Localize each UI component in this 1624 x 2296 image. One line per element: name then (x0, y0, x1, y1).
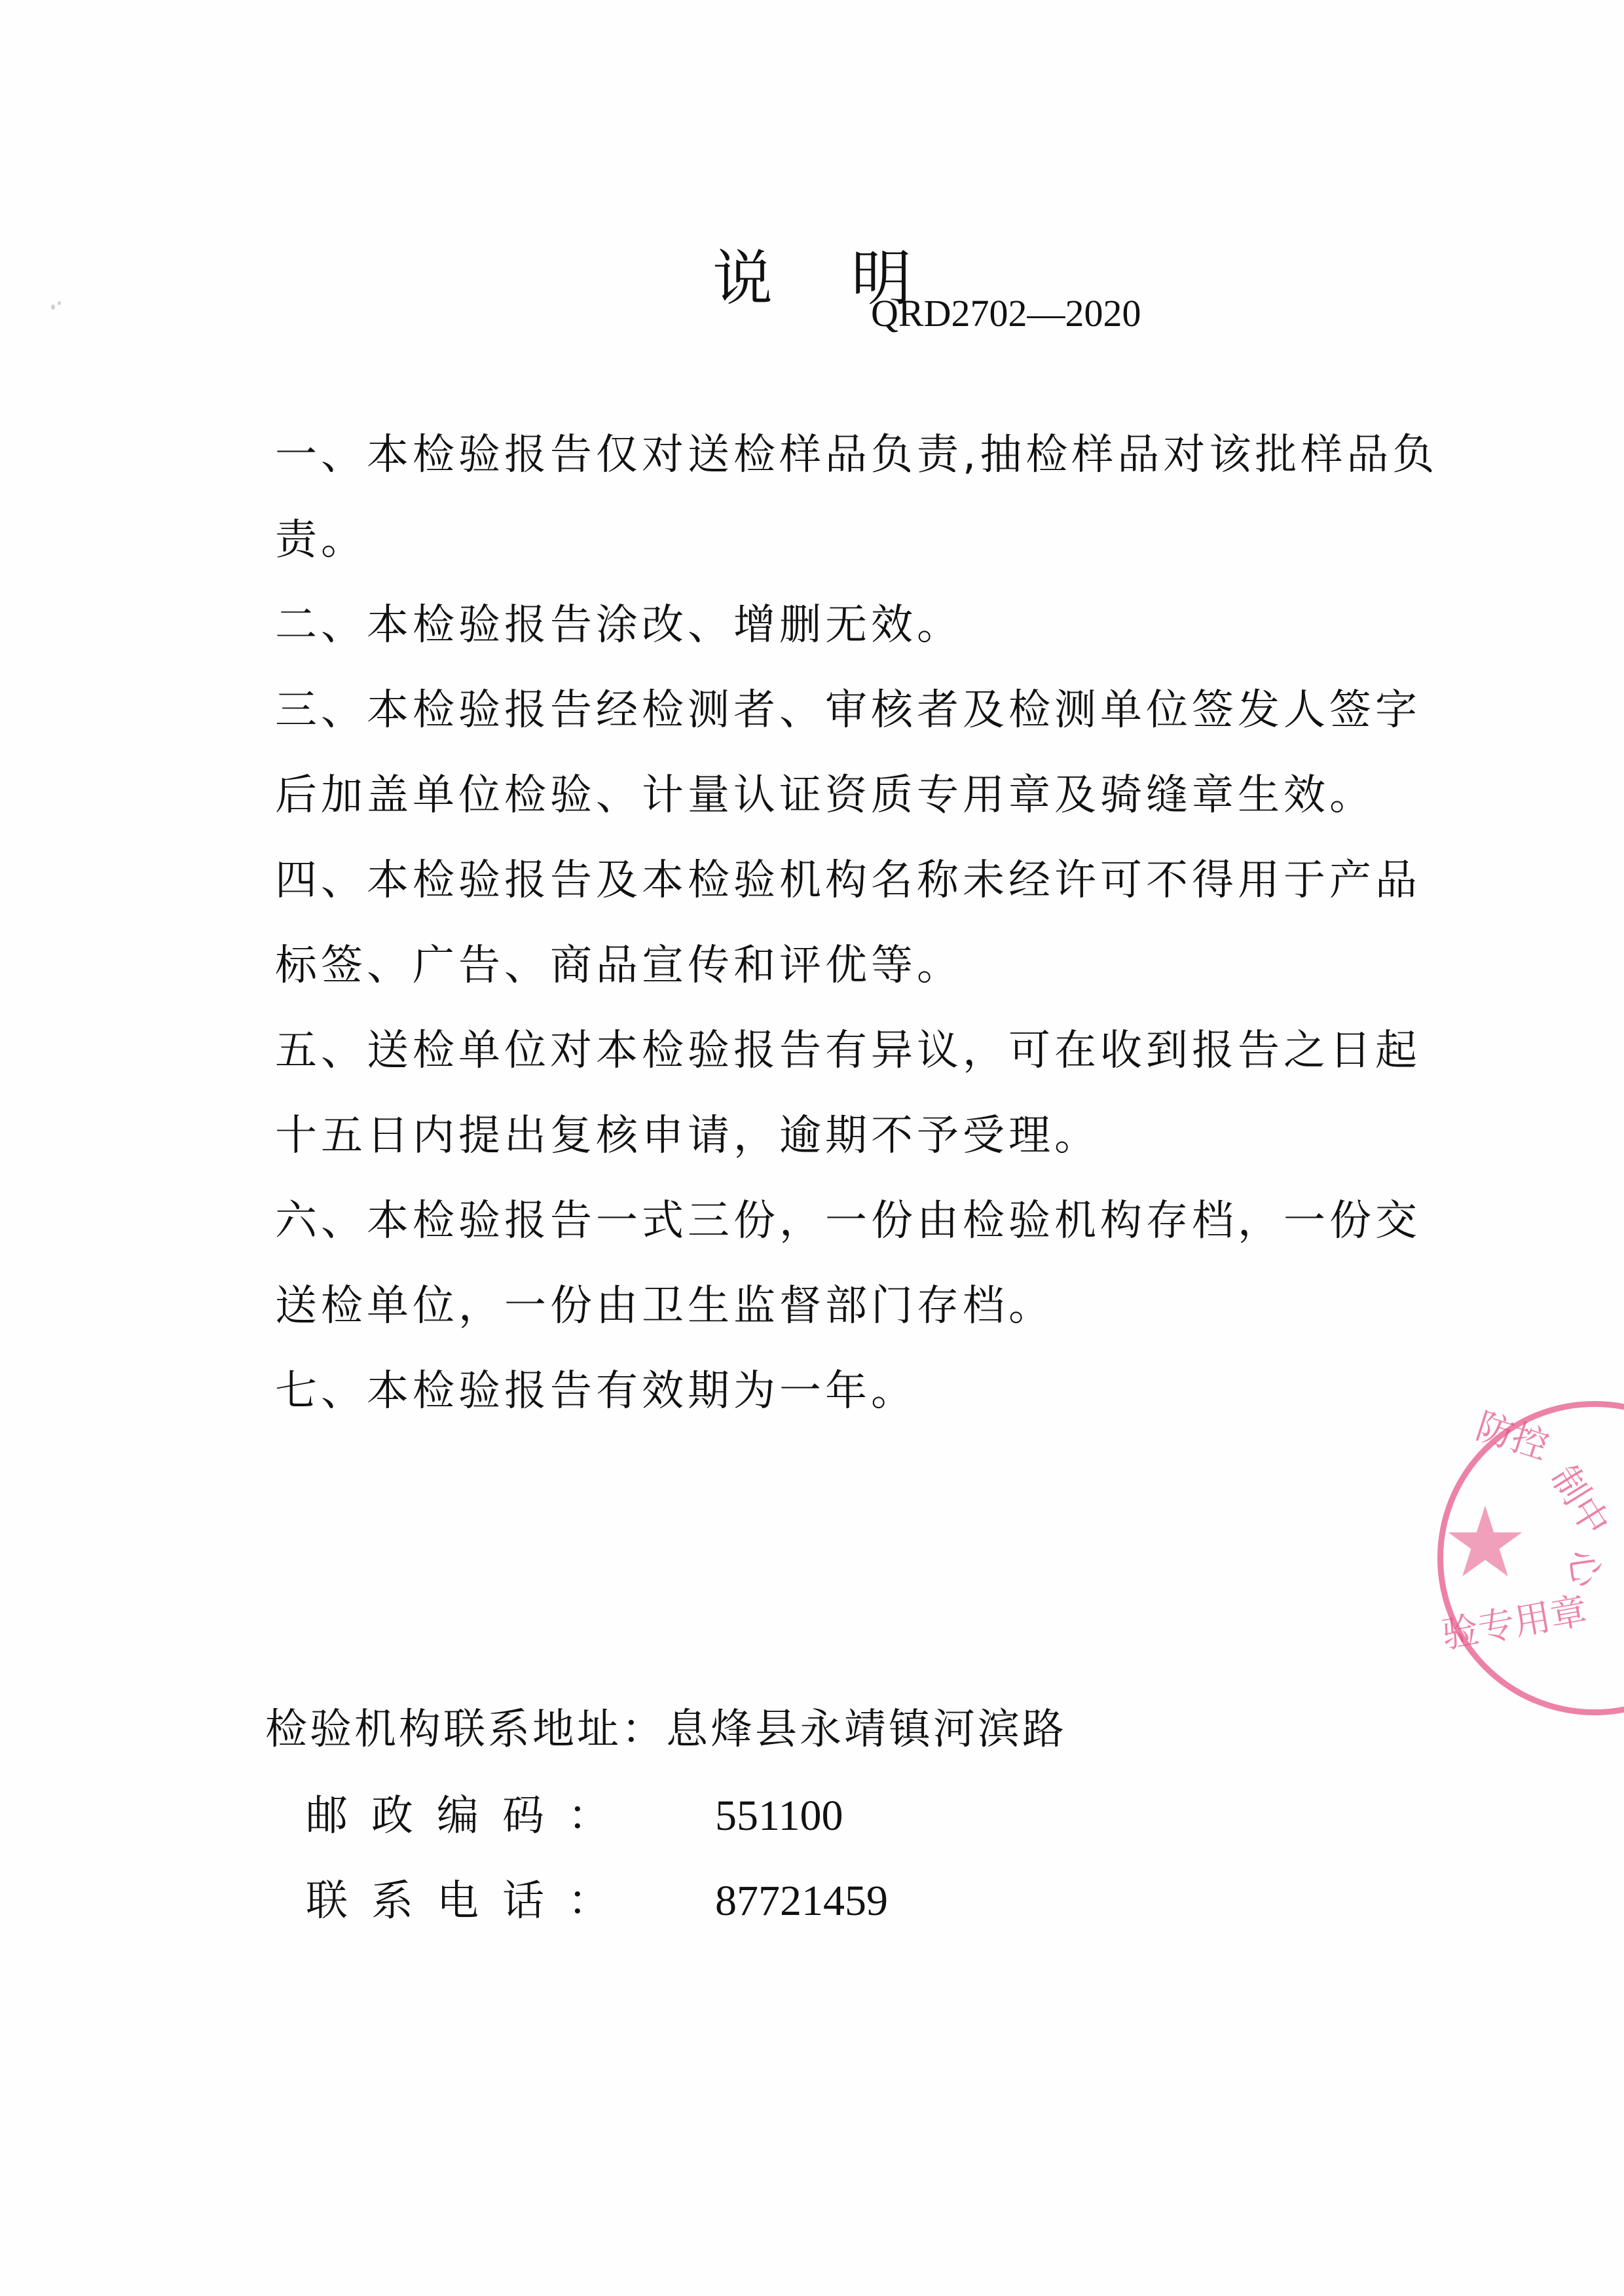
postal-code-label: 邮政编码： (306, 1782, 581, 1842)
phone-value: 87721459 (715, 1876, 888, 1926)
clause-line: 二、本检验报告涂改、增删无效。 (275, 583, 1401, 668)
scan-speck (58, 301, 61, 305)
clause-list: 一、本检验报告仅对送检样品负责,抽检样品对该批样品负 责。 二、本检验报告涂改、… (275, 412, 1401, 1434)
clause-4: 四、本检验报告及本检验机构名称未经许可不得用于产品 标签、广告、商品宣传和评优等… (275, 838, 1401, 1008)
star-icon (1446, 1503, 1524, 1581)
clause-line: 一、本检验报告仅对送检样品负责,抽检样品对该批样品负 (275, 412, 1401, 498)
clause-line: 后加盖单位检验、计量认证资质专用章及骑缝章生效。 (275, 753, 1401, 838)
clause-line: 六、本检验报告一式三份，一份由检验机构存档，一份交 (275, 1178, 1401, 1264)
phone-row: 联系电话：87721459 (306, 1867, 888, 1927)
phone-label: 联系电话： (306, 1867, 581, 1927)
seal-arc-text: 心 (1558, 1546, 1615, 1590)
address-row: 检验机构联系地址：息烽县永靖镇河滨路 (265, 1696, 1067, 1756)
official-seal: 防控 制中 心 验专用章 (1414, 1375, 1624, 1741)
clause-7: 七、本检验报告有效期为一年。 (275, 1349, 1401, 1434)
clause-line: 四、本检验报告及本检验机构名称未经许可不得用于产品 (275, 838, 1401, 923)
page-title: 说明 (0, 230, 1624, 317)
postal-code-value: 551100 (715, 1791, 843, 1841)
clause-3: 三、本检验报告经检测者、审核者及检测单位签发人签字 后加盖单位检验、计量认证资质… (275, 668, 1401, 838)
clause-line: 七、本检验报告有效期为一年。 (275, 1349, 1401, 1434)
clause-line: 责。 (275, 498, 1401, 583)
document-page: 说明 QRD2702—2020 一、本检验报告仅对送检样品负责,抽检样品对该批样… (0, 0, 1624, 2296)
address-value: 息烽县永靖镇河滨路 (666, 1705, 1067, 1754)
clause-2: 二、本检验报告涂改、增删无效。 (275, 583, 1401, 668)
clause-1: 一、本检验报告仅对送检样品负责,抽检样品对该批样品负 责。 (275, 412, 1401, 583)
scan-speck (51, 304, 55, 310)
address-label: 检验机构联系地址： (265, 1705, 666, 1754)
clause-line: 三、本检验报告经检测者、审核者及检测单位签发人签字 (275, 668, 1401, 753)
postal-code-row: 邮政编码：551100 (306, 1782, 843, 1842)
clause-line: 五、送检单位对本检验报告有异议，可在收到报告之日起 (275, 1008, 1401, 1093)
clause-5: 五、送检单位对本检验报告有异议，可在收到报告之日起 十五日内提出复核申请，逾期不… (275, 1008, 1401, 1178)
clause-line: 送检单位，一份由卫生监督部门存档。 (275, 1264, 1401, 1349)
title-char-1: 说 (712, 230, 773, 317)
document-code: QRD2702—2020 (871, 291, 1141, 335)
clause-line: 十五日内提出复核申请，逾期不予受理。 (275, 1093, 1401, 1178)
clause-6: 六、本检验报告一式三份，一份由检验机构存档，一份交 送检单位，一份由卫生监督部门… (275, 1178, 1401, 1349)
clause-line: 标签、广告、商品宣传和评优等。 (275, 923, 1401, 1008)
